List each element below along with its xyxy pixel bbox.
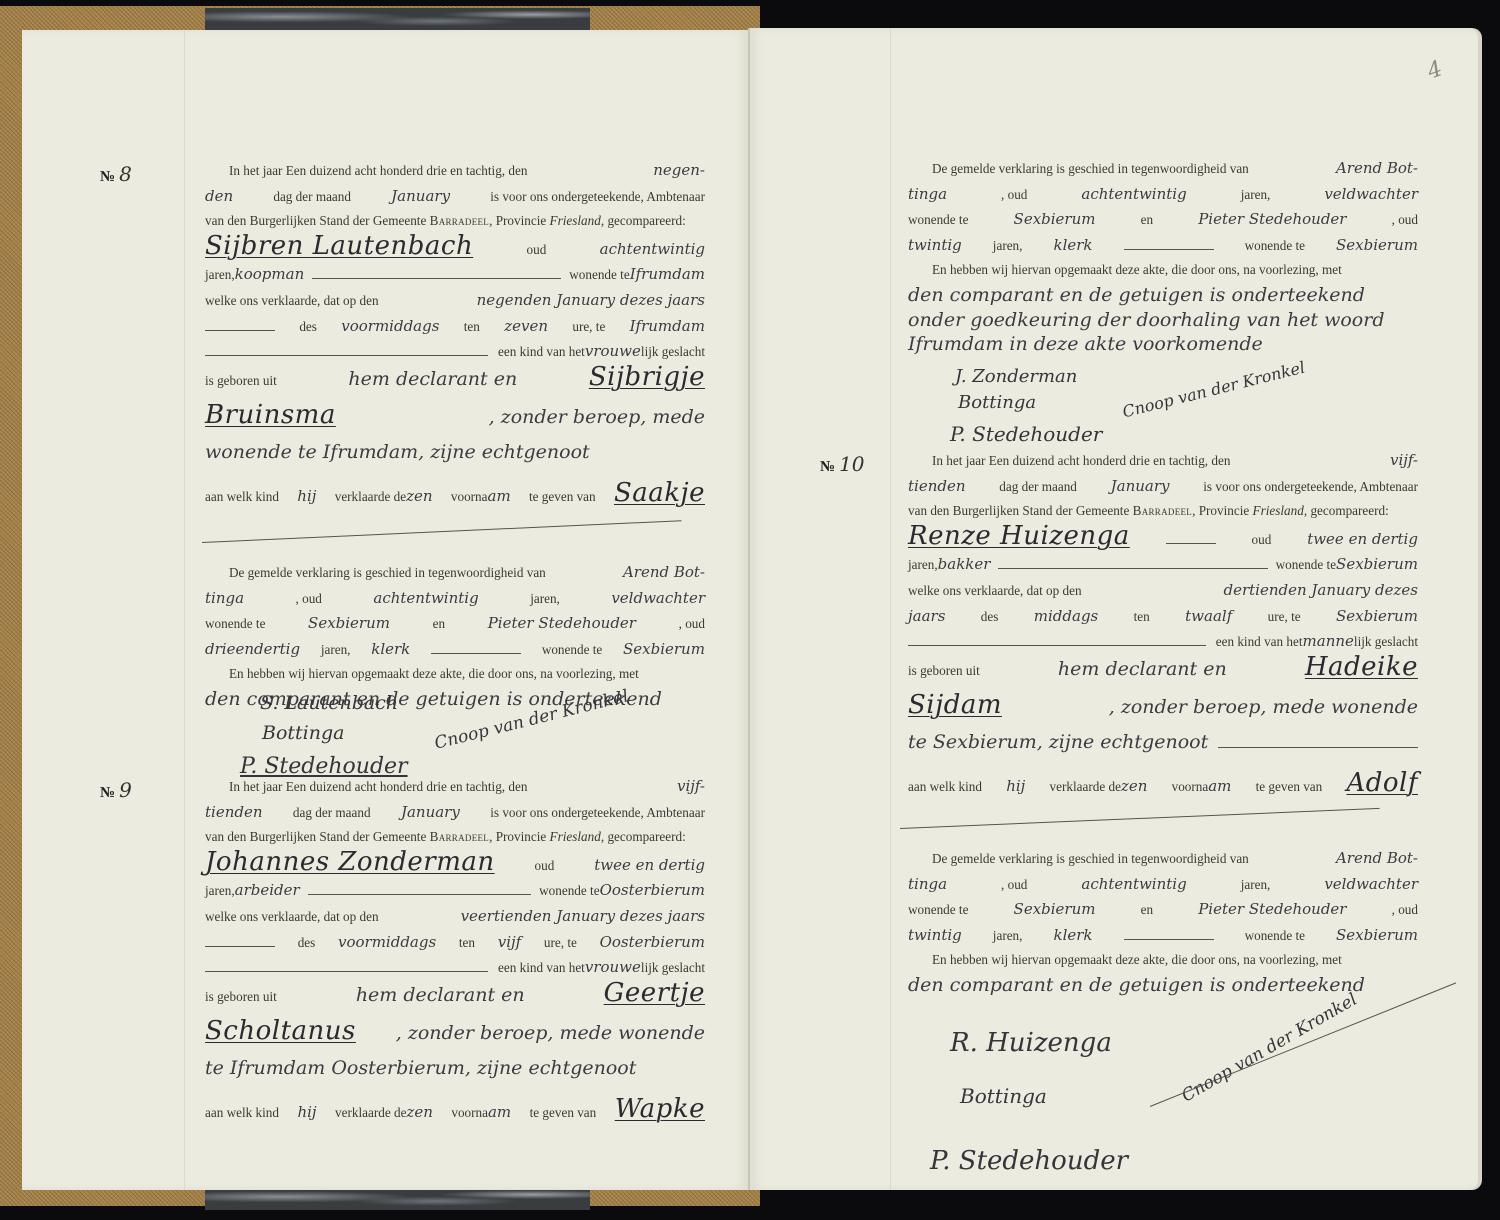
- mother-last-name: Scholtanus: [205, 1019, 356, 1044]
- act-number-8: №8: [100, 162, 132, 186]
- printed-text: aan welk kind: [205, 485, 279, 510]
- printed-text: en: [1141, 898, 1153, 923]
- mother-residence: wonende te Ifrumdam, zijne echtgenoot: [205, 440, 590, 465]
- fill-line: [1166, 543, 1216, 544]
- mother-last-name: Bruinsma: [205, 403, 336, 428]
- birth-hour: twaalf: [1185, 604, 1232, 629]
- printed-text: voornaam: [451, 1100, 511, 1126]
- printed-text: wonende te: [1245, 234, 1305, 259]
- act-8-witnesses: De gemelde verklaring is geschied in teg…: [205, 560, 705, 712]
- witness-2-residence: Sexbierum: [1336, 923, 1418, 948]
- printed-text: verklaarde dezen: [335, 484, 433, 510]
- day-written: vijf-: [1390, 448, 1418, 473]
- signature-declarant: S. Lautenbach: [260, 692, 398, 714]
- signature-witness-1: Bottinga: [960, 1084, 1047, 1108]
- fill-line: [205, 330, 275, 331]
- printed-text: jaren,: [530, 587, 560, 612]
- printed-text: wonende te: [205, 612, 265, 637]
- mother-residence: te Sexbierum, zijne echtgenoot: [908, 730, 1208, 755]
- printed-text: En hebben wij hiervan opgemaakt deze akt…: [229, 662, 639, 687]
- month-written: January: [1111, 474, 1170, 499]
- intro-text: In het jaar Een duizend acht honderd dri…: [229, 775, 527, 800]
- printed-text: De gemelde verklaring is geschied in teg…: [932, 847, 1249, 872]
- marbled-board-top: [205, 8, 590, 30]
- margin-rule: [184, 30, 185, 1190]
- fill-line: [205, 946, 275, 947]
- printed-text: wonende te: [569, 263, 629, 288]
- day-written-cont: tienden: [908, 474, 966, 499]
- witness-1-name-cont: tinga: [908, 182, 947, 207]
- act-8: In het jaar Een duizend acht honderd dri…: [205, 158, 705, 509]
- printed-text: is voor ons ondergeteekende, Ambtenaar: [1203, 475, 1418, 500]
- witness-2-occupation: klerk: [371, 637, 410, 662]
- child-name: Saakje: [614, 481, 705, 506]
- act-number-value: 9: [119, 778, 132, 802]
- witness-1-name: Arend Bot-: [1336, 846, 1418, 871]
- witness-1-name: Arend Bot-: [1336, 156, 1418, 181]
- printed-text: een kind van het: [498, 956, 585, 981]
- declarant-residence: Oosterbierum: [600, 878, 705, 903]
- mother-first-name: Geertje: [604, 981, 705, 1006]
- printed-text: te geven van: [529, 485, 596, 510]
- mother-details: , zonder beroep, mede wonende: [1109, 695, 1418, 720]
- signature-witness-2: P. Stedehouder: [930, 1146, 1128, 1176]
- pronoun: hij: [297, 484, 316, 509]
- declarant-occupation: koopman: [235, 262, 305, 287]
- witness-1-age: achtentwintig: [1081, 872, 1186, 897]
- day-written-cont: tienden: [205, 800, 263, 825]
- parents-text: hem declarant en: [356, 983, 525, 1008]
- printed-text: ure, te: [544, 931, 577, 956]
- printed-text: , oud: [679, 612, 705, 637]
- number-sign: №: [100, 785, 115, 801]
- day-written: vijf-: [677, 774, 705, 799]
- printed-text: wonende te: [908, 898, 968, 923]
- printed-text: welke ons verklaarde, dat op den: [908, 579, 1082, 604]
- witness-1-age: achtentwintig: [373, 586, 478, 611]
- signature-witness-1: Bottinga: [262, 722, 344, 744]
- printed-text: aan welk kind: [205, 1101, 279, 1126]
- mother-details: , zonder beroep, mede: [489, 405, 705, 430]
- printed-text: En hebben wij hiervan opgemaakt deze akt…: [932, 258, 1342, 283]
- printed-text: En hebben wij hiervan opgemaakt deze akt…: [932, 948, 1342, 973]
- printed-text: is voor ons ondergeteekende, Ambtenaar: [490, 801, 705, 826]
- child-name: Wapke: [615, 1097, 705, 1122]
- act-number-9: №9: [100, 778, 132, 802]
- witness-1-occupation: veldwachter: [1324, 872, 1418, 897]
- printed-text: is geboren uit: [205, 369, 277, 394]
- fill-line: [1124, 939, 1214, 940]
- printed-text: ten: [459, 931, 475, 956]
- witness-2-age: twintig: [908, 923, 962, 948]
- fill-line: [431, 653, 521, 654]
- birth-daypart: voormiddags: [338, 930, 436, 955]
- printed-text: en: [1141, 208, 1153, 233]
- fill-line: [1124, 249, 1214, 250]
- signature-declarant: J. Zonderman: [955, 366, 1077, 387]
- act-9: In het jaar Een duizend acht honderd dri…: [205, 774, 705, 1125]
- printed-text: dag der maand: [293, 801, 371, 826]
- declarant-occupation: arbeider: [235, 878, 300, 903]
- fill-line: [312, 278, 561, 279]
- printed-text: , oud: [1392, 898, 1418, 923]
- child-sex: vrouwe: [585, 955, 641, 980]
- fill-line: [998, 568, 1267, 569]
- printed-text: jaren,: [993, 924, 1023, 949]
- printed-text: wonende te: [908, 208, 968, 233]
- declarant-age: twee en dertig: [594, 853, 705, 878]
- witness-2-name: Pieter Stedehouder: [1198, 207, 1346, 232]
- declarant-residence: Ifrumdam: [630, 262, 705, 287]
- printed-text: jaren,: [321, 638, 351, 663]
- printed-text: wonende te: [1245, 924, 1305, 949]
- printed-text: voornaam: [1172, 774, 1232, 800]
- fill-line: [308, 894, 531, 895]
- printed-text: oud: [527, 238, 547, 263]
- child-sex: manne: [1303, 629, 1354, 654]
- birth-hour: vijf: [498, 930, 521, 955]
- fill-line: [908, 645, 1206, 646]
- birth-place: Oosterbierum: [600, 930, 705, 955]
- birth-date: dertienden January dezes: [1223, 578, 1418, 603]
- pronoun: hij: [1006, 774, 1025, 799]
- closing-stroke: [900, 808, 1380, 829]
- printed-text: , oud: [1392, 208, 1418, 233]
- parents-text: hem declarant en: [1058, 657, 1227, 682]
- printed-text: jaren,: [205, 879, 235, 904]
- birth-daypart: voormiddags: [341, 314, 439, 339]
- act-10: In het jaar Een duizend acht honderd dri…: [908, 448, 1418, 799]
- declarant-name: Johannes Zonderman: [205, 850, 495, 875]
- intro-text: In het jaar Een duizend acht honderd dri…: [932, 449, 1230, 474]
- fill-line: [205, 355, 488, 356]
- witness-2-name: Pieter Stedehouder: [488, 611, 636, 636]
- witness-2-residence: Sexbierum: [623, 637, 705, 662]
- witness-1-residence: Sexbierum: [1014, 897, 1096, 922]
- witness-2-occupation: klerk: [1053, 233, 1092, 258]
- witness-1-name-cont: tinga: [205, 586, 244, 611]
- day-written: negen-: [653, 158, 705, 183]
- printed-text: De gemelde verklaring is geschied in teg…: [229, 561, 546, 586]
- printed-text: een kind van het: [1216, 630, 1303, 655]
- printed-text: jaren,: [1241, 873, 1271, 898]
- act-9-witnesses: De gemelde verklaring is geschied in teg…: [908, 156, 1418, 357]
- child-name: Adolf: [1346, 771, 1418, 796]
- printed-text: is voor ons ondergeteekende, Ambtenaar: [490, 185, 705, 210]
- witness-1-residence: Sexbierum: [1014, 207, 1096, 232]
- right-page: 4 De gemelde verklaring is geschied in t…: [750, 28, 1478, 1190]
- printed-text: is geboren uit: [908, 659, 980, 684]
- printed-text: des: [299, 315, 317, 340]
- printed-text: wonende te: [1276, 553, 1336, 578]
- folio-number: 4: [1424, 56, 1446, 84]
- closing-text: den comparant en de getuigen is ondertee…: [908, 283, 1365, 308]
- child-sex: vrouwe: [585, 339, 641, 364]
- printed-text: jaren,: [993, 234, 1023, 259]
- witness-1-name: Arend Bot-: [623, 560, 705, 585]
- birth-place: Sexbierum: [1336, 604, 1418, 629]
- declarant-occupation: bakker: [938, 552, 991, 577]
- signature-registrar: Cnoop van der Kronkel: [1178, 990, 1360, 1107]
- act-number-value: 8: [119, 162, 132, 186]
- printed-text: ure, te: [572, 315, 605, 340]
- signature-registrar: Cnoop van der Kronkel: [1120, 358, 1306, 422]
- parents-text: hem declarant en: [348, 367, 517, 392]
- fill-line: [205, 971, 488, 972]
- printed-text: jaren,: [1241, 183, 1271, 208]
- pronoun: hij: [297, 1100, 316, 1125]
- printed-text: verklaarde dezen: [335, 1100, 433, 1126]
- closing-text-erasure-note-cont: Ifrumdam in deze akte voorkomende: [908, 332, 1263, 357]
- printed-text: een kind van het: [498, 340, 585, 365]
- signature-flourish: [1150, 982, 1456, 1107]
- printed-text: welke ons verklaarde, dat op den: [205, 905, 379, 930]
- fill-line: [1218, 747, 1418, 748]
- printed-text: jaren,: [908, 553, 938, 578]
- birth-hour: zeven: [504, 314, 548, 339]
- printed-text: des: [981, 605, 999, 630]
- printed-text: jaren,: [205, 263, 235, 288]
- printed-text: De gemelde verklaring is geschied in teg…: [932, 157, 1249, 182]
- printed-text: voornaam: [451, 484, 511, 510]
- printed-text: is geboren uit: [205, 985, 277, 1010]
- witness-2-name: Pieter Stedehouder: [1198, 897, 1346, 922]
- act-10-witnesses: De gemelde verklaring is geschied in teg…: [908, 846, 1418, 998]
- day-written-cont: den: [205, 184, 233, 209]
- left-page: №8 In het jaar Een duizend acht honderd …: [22, 30, 748, 1190]
- printed-text: welke ons verklaarde, dat op den: [205, 289, 379, 314]
- signature-witness-1: Bottinga: [958, 392, 1036, 413]
- declarant-residence: Sexbierum: [1336, 552, 1418, 577]
- printed-text: en: [433, 612, 445, 637]
- mother-residence: te Ifrumdam Oosterbierum, zijne echtgeno…: [205, 1056, 636, 1081]
- witness-2-age: drieendertig: [205, 637, 300, 662]
- witness-1-occupation: veldwachter: [611, 586, 705, 611]
- declarant-name: Renze Huizenga: [908, 524, 1130, 549]
- birth-daypart: middags: [1034, 604, 1098, 629]
- mother-first-name: Sijbrigje: [589, 365, 705, 390]
- closing-text-erasure-note: onder goedkeuring der doorhaling van het…: [908, 308, 1385, 333]
- number-sign: №: [100, 169, 115, 185]
- witness-1-residence: Sexbierum: [308, 611, 390, 636]
- printed-text: wonende te: [539, 879, 599, 904]
- printed-text: te geven van: [530, 1101, 597, 1126]
- witness-2-age: twintig: [908, 233, 962, 258]
- declarant-age: achtentwintig: [600, 237, 705, 262]
- intro-text: In het jaar Een duizend acht honderd dri…: [229, 159, 527, 184]
- printed-text: ten: [1134, 605, 1150, 630]
- printed-text: dag der maand: [999, 475, 1077, 500]
- printed-text: wonende te: [542, 638, 602, 663]
- signature-declarant: R. Huizenga: [950, 1028, 1112, 1058]
- printed-text: , oud: [1001, 183, 1027, 208]
- closing-stroke: [202, 520, 682, 543]
- birth-date: veertienden January dezes jaars: [461, 904, 705, 929]
- printed-text: oud: [1252, 528, 1272, 553]
- mother-details: , zonder beroep, mede wonende: [396, 1021, 705, 1046]
- printed-text: , oud: [296, 587, 322, 612]
- printed-text: ure, te: [1268, 605, 1301, 630]
- printed-text: verklaarde dezen: [1050, 774, 1148, 800]
- marbled-board-bottom: [205, 1188, 590, 1210]
- printed-text: oud: [535, 854, 555, 879]
- witness-2-occupation: klerk: [1053, 923, 1092, 948]
- witness-2-residence: Sexbierum: [1336, 233, 1418, 258]
- declarant-age: twee en dertig: [1307, 527, 1418, 552]
- printed-text: dag der maand: [273, 185, 351, 210]
- witness-1-occupation: veldwachter: [1324, 182, 1418, 207]
- printed-text: ten: [464, 315, 480, 340]
- printed-text: des: [298, 931, 316, 956]
- closing-text: den comparant en de getuigen is ondertee…: [908, 973, 1365, 998]
- number-sign: №: [820, 459, 835, 475]
- month-written: January: [401, 800, 460, 825]
- printed-text: te geven van: [1256, 775, 1323, 800]
- witness-1-name-cont: tinga: [908, 872, 947, 897]
- printed-text: aan welk kind: [908, 775, 982, 800]
- mother-first-name: Hadeike: [1305, 655, 1418, 680]
- act-number-value: 10: [839, 452, 864, 476]
- birth-date-cont: jaars: [908, 604, 945, 629]
- margin-rule: [890, 28, 891, 1190]
- month-written: January: [391, 184, 450, 209]
- mother-last-name: Sijdam: [908, 693, 1002, 718]
- printed-text: , oud: [1001, 873, 1027, 898]
- witness-1-age: achtentwintig: [1081, 182, 1186, 207]
- declarant-name: Sijbren Lautenbach: [205, 234, 473, 259]
- birth-date: negenden January dezes jaars: [477, 288, 705, 313]
- birth-place: Ifrumdam: [630, 314, 705, 339]
- act-number-10: №10: [820, 452, 865, 476]
- signature-witness-2: P. Stedehouder: [950, 422, 1102, 446]
